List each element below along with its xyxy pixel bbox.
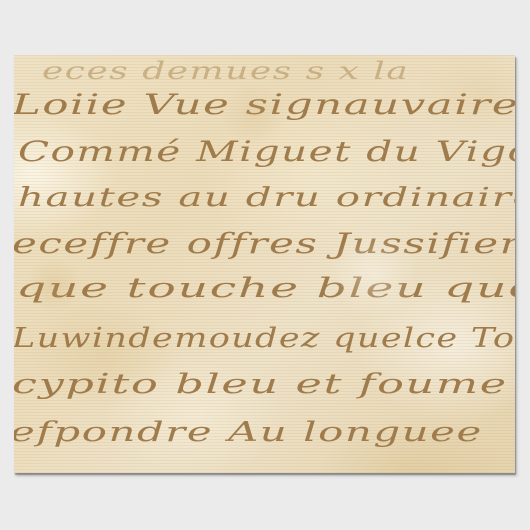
handwriting-line: eces demues s x la bbox=[42, 57, 409, 85]
handwriting-line: efpondre Au longuee bbox=[14, 417, 483, 448]
handwriting-line: eceffre offres Jussifier bbox=[14, 227, 515, 260]
product-image: eces demues s x la Loiie Vue signauvaire… bbox=[0, 0, 530, 530]
handwriting-line: hautes au dru ordinaire bbox=[18, 183, 515, 213]
handwriting-line: que touche bleu que bbox=[16, 273, 515, 304]
handwritten-paper-sheet: eces demues s x la Loiie Vue signauvaire… bbox=[14, 55, 515, 473]
handwriting-line: Commé Miguet du Vigou bbox=[18, 135, 515, 168]
handwriting-line: Loiie Vue signauvaires bbox=[14, 88, 515, 121]
handwriting-line: cypito bleu et foume bbox=[14, 369, 508, 400]
handwriting-line: Luwindemoudez quelce Tou bbox=[14, 323, 515, 354]
